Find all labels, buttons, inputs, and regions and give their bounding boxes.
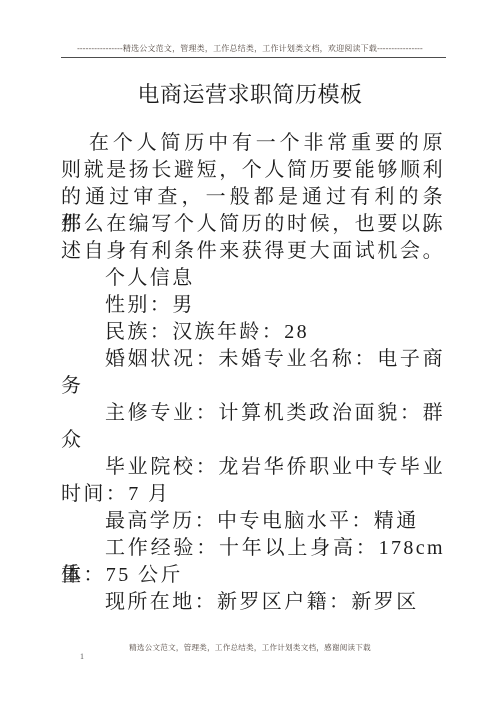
body-line: 的通过审查，一般都是通过有利的条件。 <box>61 184 445 211</box>
body-line: 主修专业：计算机类政治面貌：群 <box>61 400 445 427</box>
page-number: 1 <box>80 652 84 662</box>
body-line: 个人信息 <box>61 265 445 292</box>
document-title: 电商运营求职简历模板 <box>0 81 500 109</box>
body-line: 工作经验：十年以上身高：178cm 体 <box>61 535 445 562</box>
body-line: 那么在编写个人简历的时候，也要以陈 <box>61 211 445 238</box>
body-line: 重：75 公斤 <box>61 562 445 589</box>
body-line: 则就是扬长避短，个人简历要能够顺利 <box>61 157 445 184</box>
body-line: 众 <box>61 427 445 454</box>
body-line: 最高学历：中专电脑水平：精通 <box>61 508 445 535</box>
footer-note: 精选公文范文，管理类，工作总结类，工作计划类文档，感谢阅读下载 <box>0 643 500 652</box>
body-line: 婚姻状况：未婚专业名称：电子商 <box>61 346 445 373</box>
body-line: 毕业院校：龙岩华侨职业中专毕业 <box>61 454 445 481</box>
body-line: 务 <box>61 373 445 400</box>
body-line: 在个人简历中有一个非常重要的原 <box>61 130 445 157</box>
header-divider <box>61 57 446 58</box>
document-body: 在个人简历中有一个非常重要的原 则就是扬长避短，个人简历要能够顺利 的通过审查，… <box>61 130 445 616</box>
body-line: 民族：汉族年龄：28 <box>61 319 445 346</box>
document-page: ----------------精选公文范文，管理类，工作总结类，工作计划类文档… <box>0 0 500 707</box>
body-line: 性别：男 <box>61 292 445 319</box>
body-line: 时间：7 月 <box>61 481 445 508</box>
body-line: 现所在地：新罗区户籍：新罗区 <box>61 589 445 616</box>
header-note: ----------------精选公文范文，管理类，工作总结类，工作计划类文档… <box>0 44 500 54</box>
body-line: 述自身有利条件来获得更大面试机会。 <box>61 238 445 265</box>
